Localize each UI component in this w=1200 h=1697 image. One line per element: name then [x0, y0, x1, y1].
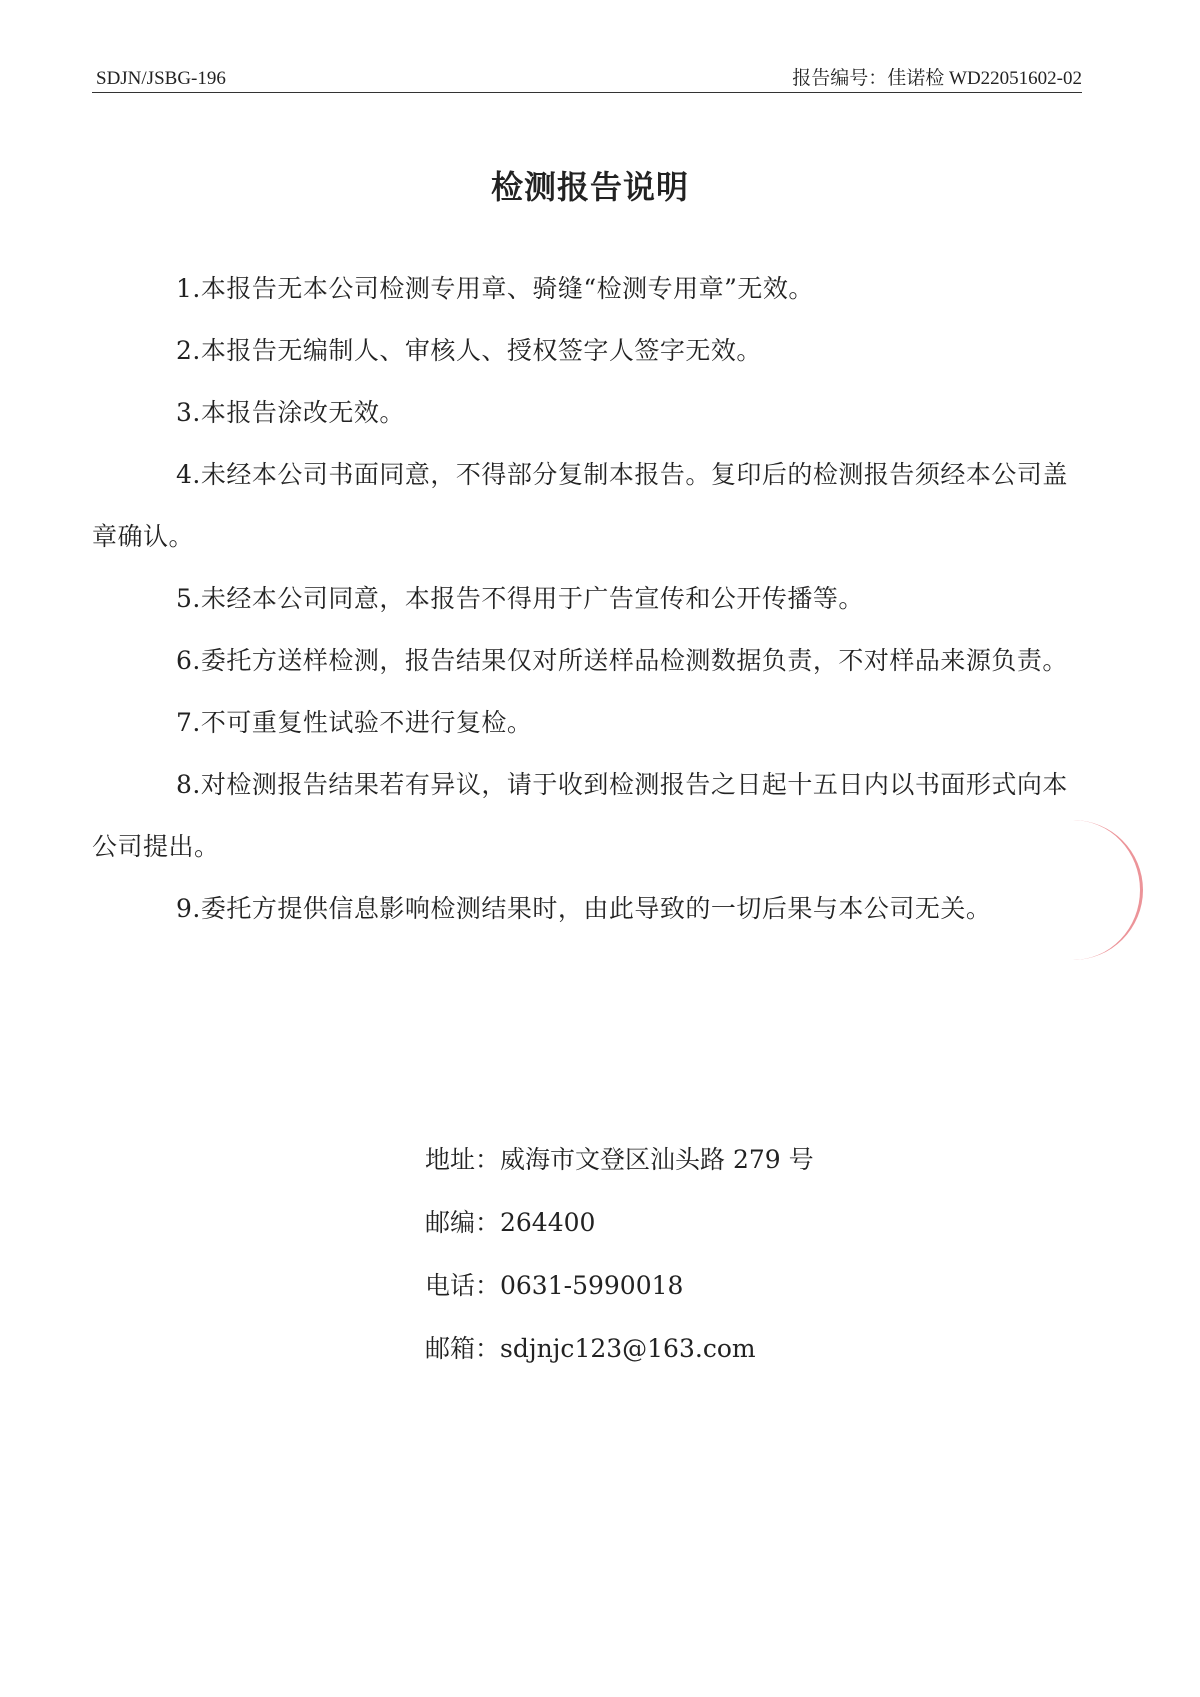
notice-item: 8.对检测报告结果若有异议，请于收到检测报告之日起十五日内以书面形式向本公司提出…	[92, 754, 1082, 878]
notice-list: 1.本报告无本公司检测专用章、骑缝“检测专用章”无效。 2.本报告无编制人、审核…	[92, 258, 1082, 940]
doc-code: SDJN/JSBG-196	[96, 68, 226, 90]
notice-item: 9.委托方提供信息影响检测结果时，由此导致的一切后果与本公司无关。	[92, 878, 1082, 940]
email: 邮箱：sdjnjc123@163.com	[425, 1329, 814, 1392]
notice-item: 5.未经本公司同意，本报告不得用于广告宣传和公开传播等。	[92, 568, 1082, 630]
postcode: 邮编：264400	[425, 1203, 814, 1266]
phone: 电话：0631-5990018	[425, 1266, 814, 1329]
notice-item: 6.委托方送样检测，报告结果仅对所送样品检测数据负责，不对样品来源负责。	[92, 630, 1082, 692]
notice-item: 3.本报告涂改无效。	[92, 382, 1082, 444]
report-number: 报告编号：佳诺检 WD22051602-02	[792, 63, 1082, 90]
page-header: SDJN/JSBG-196 报告编号：佳诺检 WD22051602-02	[92, 64, 1082, 93]
page-title: 检测报告说明	[0, 162, 1180, 208]
notice-item: 7.不可重复性试验不进行复检。	[92, 692, 1082, 754]
notice-item: 2.本报告无编制人、审核人、授权签字人签字无效。	[92, 320, 1082, 382]
seal-stamp-edge	[1050, 820, 1143, 960]
contact-info: 地址：威海市文登区汕头路 279 号 邮编：264400 电话：0631-599…	[425, 1140, 814, 1392]
notice-item: 4.未经本公司书面同意，不得部分复制本报告。复印后的检测报告须经本公司盖章确认。	[92, 444, 1082, 568]
notice-item: 1.本报告无本公司检测专用章、骑缝“检测专用章”无效。	[92, 258, 1082, 320]
address: 地址：威海市文登区汕头路 279 号	[425, 1140, 814, 1203]
